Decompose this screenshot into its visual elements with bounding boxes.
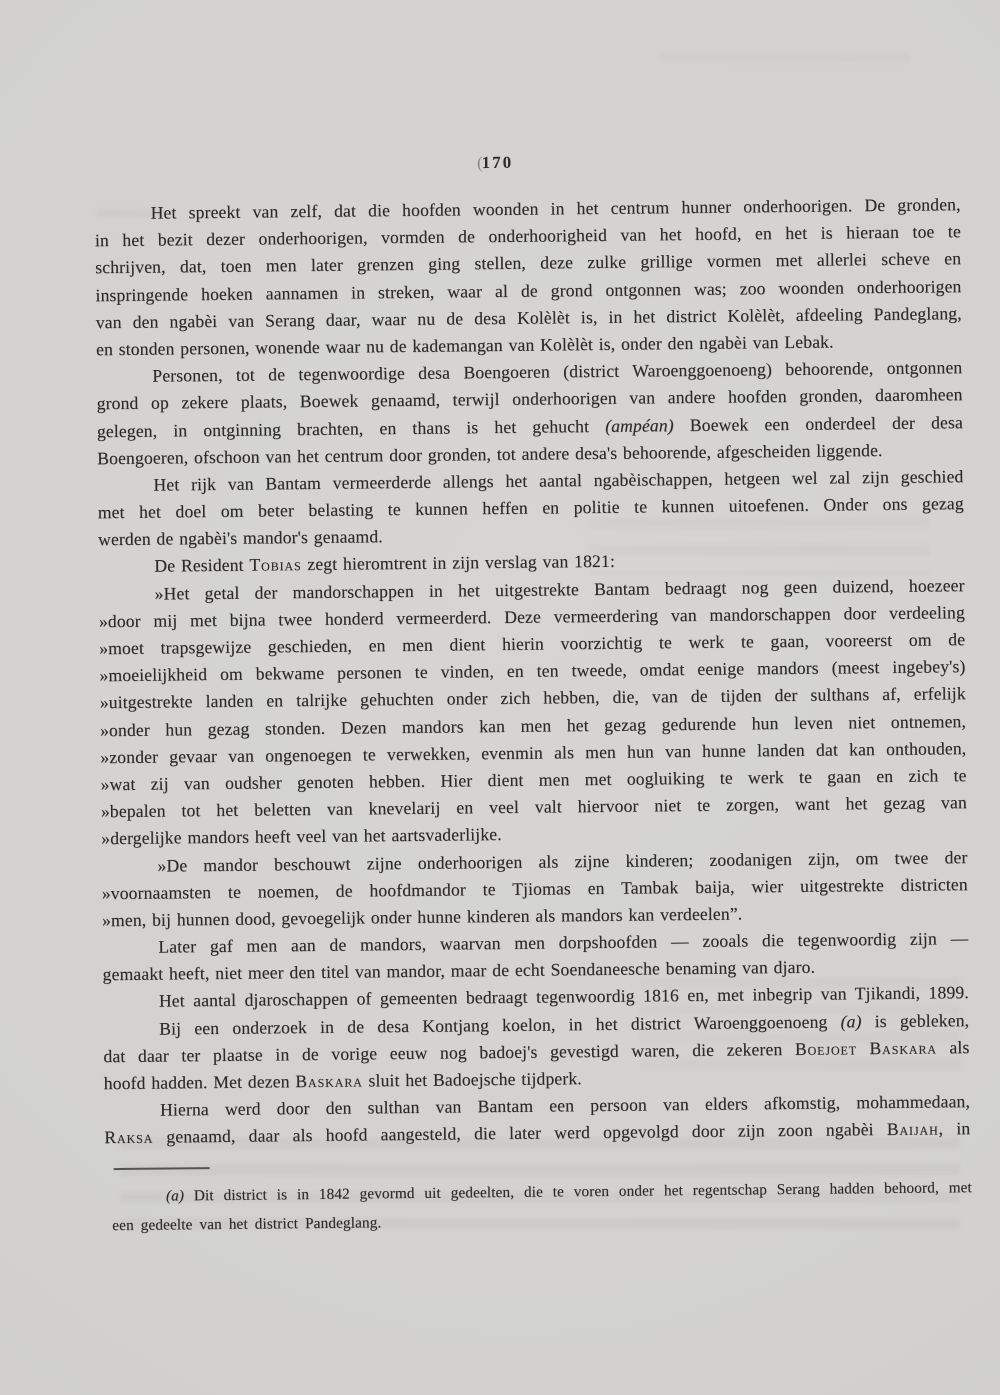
page-content: (170 Het spreekt van zelf, dat die hoofd… [0, 0, 1000, 1395]
footnote: (a) Dit district is in 1842 gevormd uit … [112, 1174, 973, 1240]
page-number-text: 170 [482, 153, 514, 172]
footnote-separator [114, 1167, 210, 1170]
page-number: (170 [0, 148, 995, 178]
scanned-book-page: { "page": { "number": "170", "artifact":… [0, 0, 1000, 1395]
print-artifact: ( [477, 153, 485, 172]
body-text: Het spreekt van zelf, dat die hoofden wo… [95, 191, 971, 1152]
paper-background: (170 Het spreekt van zelf, dat die hoofd… [0, 0, 1000, 1395]
